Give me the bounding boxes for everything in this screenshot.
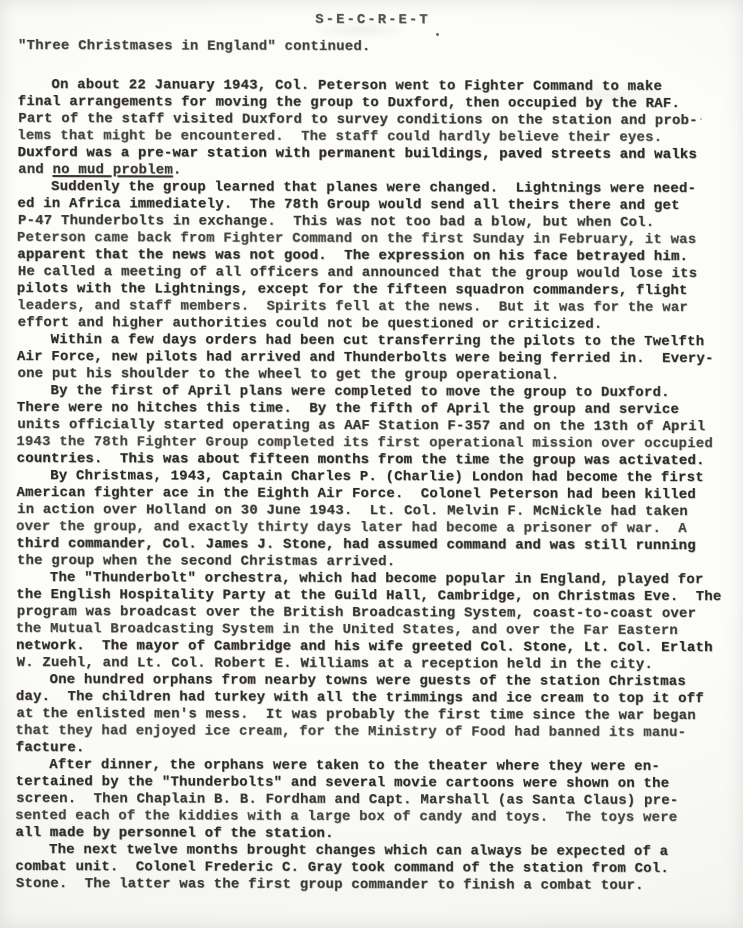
paragraph: One hundred orphans from nearby towns we… [16,672,725,759]
paragraph: Within a few days orders had been cut tr… [17,332,726,385]
body-line: There were no hitches this time. By the … [17,400,726,419]
body-line: that they had enjoyed ice cream, for the… [15,723,724,742]
body-line: One hundred orphans from nearby towns we… [15,672,724,691]
body-line: sented each of the kiddies with a large … [15,808,724,827]
body-line: final arrangements for moving the group … [18,94,727,113]
body-line: countries. This was about fifteen months… [17,451,726,470]
scan-speck [436,33,439,36]
body-line: day. The children had turkey with all th… [16,689,725,708]
body-line: tertained by the "Thunderbolts" and seve… [16,774,725,793]
body-line: over the group, and exactly thirty days … [16,519,725,538]
scanned-text-layer: S-E-C-R-E-T "Three Christmases in Englan… [0,0,743,895]
paragraph: By the first of April plans were complet… [17,383,726,470]
body-line: facture. [16,740,725,759]
body-line: By Christmas, 1943, Captain Charles P. (… [16,468,725,487]
body-line: pilots with the Lightnings, except for t… [17,281,726,300]
body-line: ed in Africa immediately. The 78th Group… [17,196,726,215]
body-line: By the first of April plans were complet… [16,383,725,402]
body-line: third commander, Col. James J. Stone, ha… [16,536,725,555]
paragraph: After dinner, the orphans were taken to … [15,757,724,844]
body-line: Stone. The latter was the first group co… [16,876,725,895]
body-line: Within a few days orders had been cut tr… [17,332,726,351]
body-line: combat unit. Colonel Frederic C. Gray to… [15,859,724,878]
body-line: He called a meeting of all officers and … [18,264,727,283]
body-line: Suddenly the group learned that planes w… [17,179,726,198]
paragraph: The next twelve months brought changes w… [15,842,724,895]
body-line: at the enlisted men's mess. It was proba… [16,706,725,725]
body-line: and no mud problem. [18,162,727,181]
body-line: the English Hospitality Party at the Gui… [16,587,725,606]
underlined-phrase: no mud problem [52,162,172,178]
body-line: apparent that the news was not good. The… [17,247,726,266]
body-line: Air Force, new pilots had arrived and Th… [17,349,726,368]
paragraph: By Christmas, 1943, Captain Charles P. (… [16,468,725,572]
scan-speck [700,118,702,120]
body-line: in action over Holland on 30 June 1943. … [17,502,726,521]
document-title: "Three Christmases in England" continued… [18,38,727,57]
body-line: W. Zuehl, and Lt. Col. Robert E. William… [16,655,725,674]
document-page: S-E-C-R-E-T "Three Christmases in Englan… [0,0,743,928]
body-line: P-47 Thunderbolts in exchange. This was … [18,213,727,232]
body-line: units officially started operating as AA… [17,417,726,436]
body-line: effort and higher authorities could not … [18,315,727,334]
body-line: 1943 the 78th Fighter Group completed it… [16,434,725,453]
body-line: leaders, and staff members. Spirits fell… [17,298,726,317]
classification-header: S-E-C-R-E-T [18,11,727,30]
body-line: one put his shoulder to the wheel to get… [17,366,726,385]
body-line: program was broadcast over the British B… [17,604,726,623]
body-line: screen. Then Chaplain B. B. Fordham and … [16,791,725,810]
body-line: After dinner, the orphans were taken to … [15,757,724,776]
body-line: Duxford was a pre-war station with perma… [17,145,726,164]
body-line: Peterson came back from Fighter Command … [17,230,726,249]
body-line: The next twelve months brought changes w… [15,842,724,861]
body-line: Part of the staff visited Duxford to sur… [18,111,727,130]
body-line: network. The mayor of Cambridge and his … [16,638,725,657]
body-line: On about 22 January 1943, Col. Peterson … [17,77,726,96]
body-line: The "Thunderbolt" orchestra, which had b… [16,570,725,589]
body-line: all made by personnel of the station. [15,825,724,844]
body-line: American fighter ace in the Eighth Air F… [16,485,725,504]
paragraph: The "Thunderbolt" orchestra, which had b… [16,570,725,674]
paragraph: Suddenly the group learned that planes w… [17,179,726,334]
paragraph: On about 22 January 1943, Col. Peterson … [17,77,726,181]
body-line: lems that might be encountered. The staf… [17,128,726,147]
document-body: On about 22 January 1943, Col. Peterson … [15,77,727,895]
body-line: the Mutual Broadcasting System in the Un… [16,621,725,640]
body-line: the group when the second Christmas arri… [17,553,726,572]
